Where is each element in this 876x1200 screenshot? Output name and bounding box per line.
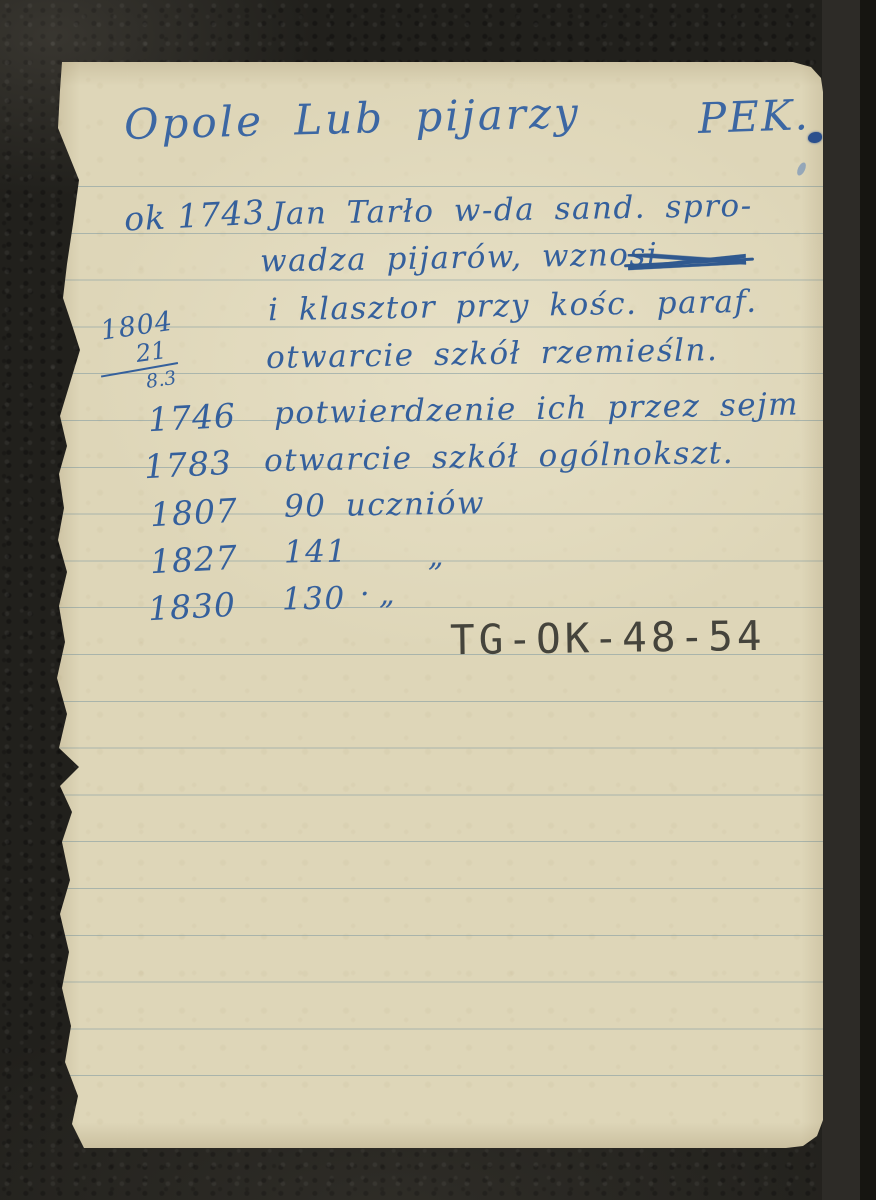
entry-date: 1783 (143, 443, 233, 487)
background-right-edge (860, 0, 876, 1200)
card-code: PEK. (697, 90, 810, 143)
card-title: Opole Lub pijarzy (123, 88, 581, 149)
ink-speck (795, 161, 807, 177)
entry-date: 1830 (147, 585, 237, 629)
index-card: Opole Lub pijarzy PEK. ok 1743 Jan Tarło… (50, 62, 823, 1148)
entry-text: 130 (282, 580, 346, 617)
entry-date: 1746 (147, 396, 237, 440)
ink-blot (808, 132, 822, 143)
background-right-band (822, 0, 862, 1200)
entry-date: ok 1743 (123, 192, 266, 238)
entry-date: 1827 (149, 538, 239, 582)
entry-text: wadza pijarów, wznosi (260, 237, 659, 280)
inventory-stamp: TG-OK-48-54 (450, 612, 766, 664)
entry-date: 1807 (149, 491, 239, 535)
ditto-mark: „ (428, 539, 444, 574)
ditto-mark: · „ (360, 577, 395, 612)
entry-text: 141 (284, 533, 348, 570)
entry-text: 90 uczniów (284, 485, 486, 525)
margin-date-note: 1804 21 8.3 (93, 304, 196, 399)
scanned-archive-card: Opole Lub pijarzy PEK. ok 1743 Jan Tarło… (0, 0, 876, 1200)
crossed-out-word (628, 250, 747, 274)
